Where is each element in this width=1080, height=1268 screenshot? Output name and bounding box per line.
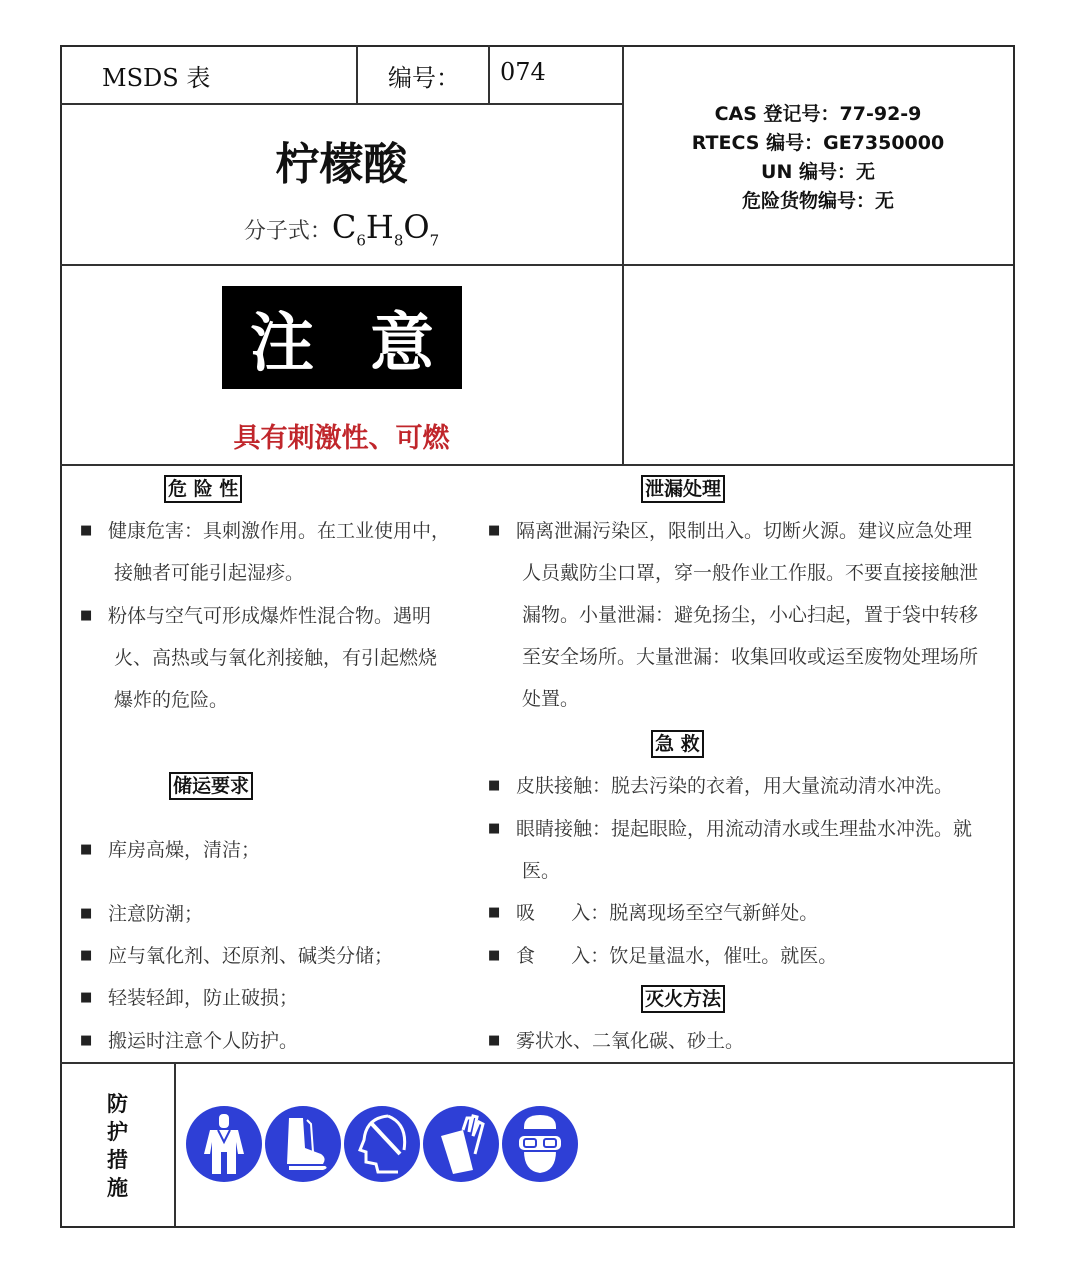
cas-number: CAS 登记号：77-92-9: [623, 100, 1013, 129]
number-value: 074: [500, 58, 546, 86]
divider: [356, 45, 358, 104]
section-title-storage: 储运要求: [169, 772, 253, 800]
divider: [60, 1062, 1013, 1064]
hazard-summary: 具有刺激性、可燃: [60, 416, 623, 455]
bullet-icon: ■: [80, 829, 92, 871]
divider: [60, 264, 1013, 266]
signal-word-1: 注: [250, 292, 314, 384]
safety-boots-icon: [265, 1106, 341, 1182]
signal-word-2: 意: [370, 292, 434, 384]
section-title-first-aid: 急 救: [651, 730, 704, 758]
formula-value: C6H8O7: [332, 208, 439, 246]
form-label: MSDS 表: [102, 58, 210, 93]
bullet-icon: ■: [488, 765, 500, 807]
ppe-icons: [186, 1106, 578, 1182]
identifiers-block: CAS 登记号：77-92-9 RTECS 编号：GE7350000 UN 编号…: [623, 100, 1013, 216]
safety-goggles-icon: [502, 1106, 578, 1182]
un-number: UN 编号：无: [623, 158, 1013, 187]
section-title-spill: 泄漏处理: [641, 475, 725, 503]
divider: [488, 45, 490, 104]
bullet-icon: ■: [488, 892, 500, 934]
divider: [60, 103, 623, 105]
molecular-formula: 分子式：C6H8O7: [60, 208, 623, 249]
formula-label: 分子式：: [244, 219, 332, 244]
bullet-icon: ■: [488, 510, 500, 552]
bullet-icon: ■: [80, 595, 92, 637]
bullet-icon: ■: [80, 893, 92, 935]
bullet-icon: ■: [80, 1020, 92, 1062]
protection-label: 防 护 措 施: [60, 1090, 175, 1202]
bullet-icon: ■: [488, 1020, 500, 1062]
bullet-icon: ■: [80, 977, 92, 1019]
section-title-hazard: 危 险 性: [164, 475, 242, 503]
bullet-icon: ■: [80, 935, 92, 977]
divider: [60, 464, 1013, 466]
bullet-icon: ■: [80, 510, 92, 552]
protective-suit-icon: [186, 1106, 262, 1182]
signal-word-box: 注 意: [222, 286, 462, 389]
rtecs-number: RTECS 编号：GE7350000: [623, 129, 1013, 158]
bullet-icon: ■: [488, 808, 500, 850]
bullet-icon: ■: [488, 935, 500, 977]
face-shield-icon: [344, 1106, 420, 1182]
dangerous-goods-number: 危险货物编号：无: [623, 187, 1013, 216]
number-label: 编号：: [388, 58, 460, 93]
chemical-name: 柠檬酸: [60, 128, 623, 192]
protective-gloves-icon: [423, 1106, 499, 1182]
section-title-fire: 灭火方法: [641, 985, 725, 1013]
